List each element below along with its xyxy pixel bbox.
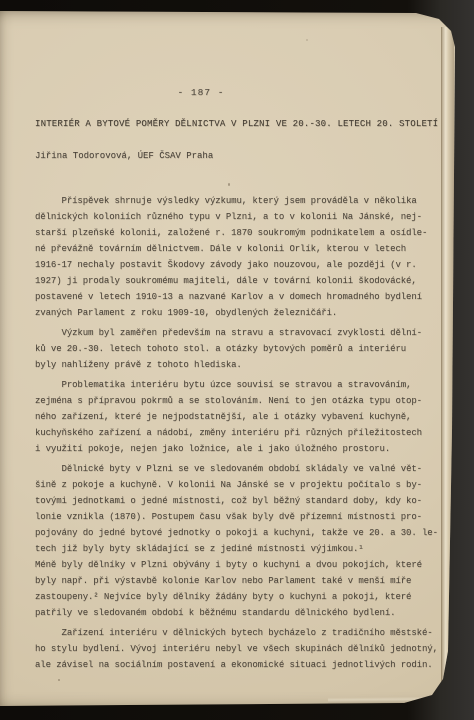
paragraph-2: Výzkum byl zaměřen především na stravu a… <box>35 325 449 373</box>
paragraph-1: Příspěvek shrnuje výsledky výzkumu, kter… <box>35 193 449 321</box>
paragraph-3: Problematika interiéru bytu úzce souvisí… <box>35 377 449 457</box>
page-number: - 187 - <box>36 87 366 98</box>
paragraph-5: Zařízení interiéru v dělnických bytech b… <box>35 625 449 673</box>
scan-speck <box>306 39 308 41</box>
scanned-page: - 187 - INTERIÉR A BYTOVÉ POMĚRY DĚLNICT… <box>0 11 456 708</box>
author-line: Jiřina Todorovová, ÚEF ČSAV Praha <box>35 151 453 161</box>
article-body: Příspěvek shrnuje výsledky výzkumu, kter… <box>35 193 449 673</box>
article-title: INTERIÉR A BYTOVÉ POMĚRY DĚLNICTVA V PLZ… <box>35 119 453 129</box>
scan-speck <box>228 183 230 186</box>
paragraph-4: Dělnické byty v Plzni se ve sledovaném o… <box>35 461 449 621</box>
scan-speck <box>58 679 60 681</box>
photo-background: - 187 - INTERIÉR A BYTOVÉ POMĚRY DĚLNICT… <box>0 0 474 720</box>
page-stack-edge-bottom <box>328 696 448 705</box>
